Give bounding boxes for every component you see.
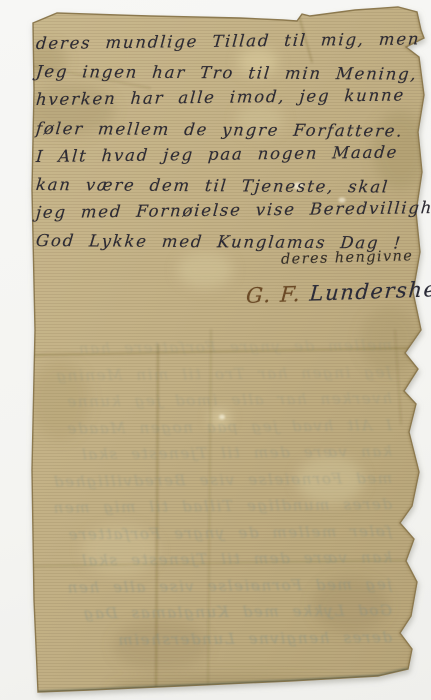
scanned-letter: mellem de yngre Forfattere hanJeg ingen …: [0, 0, 431, 700]
signature-name: Lundersheim: [309, 276, 431, 306]
signature-initials: G. F.: [245, 282, 302, 308]
paper-sheet: [0, 0, 431, 700]
